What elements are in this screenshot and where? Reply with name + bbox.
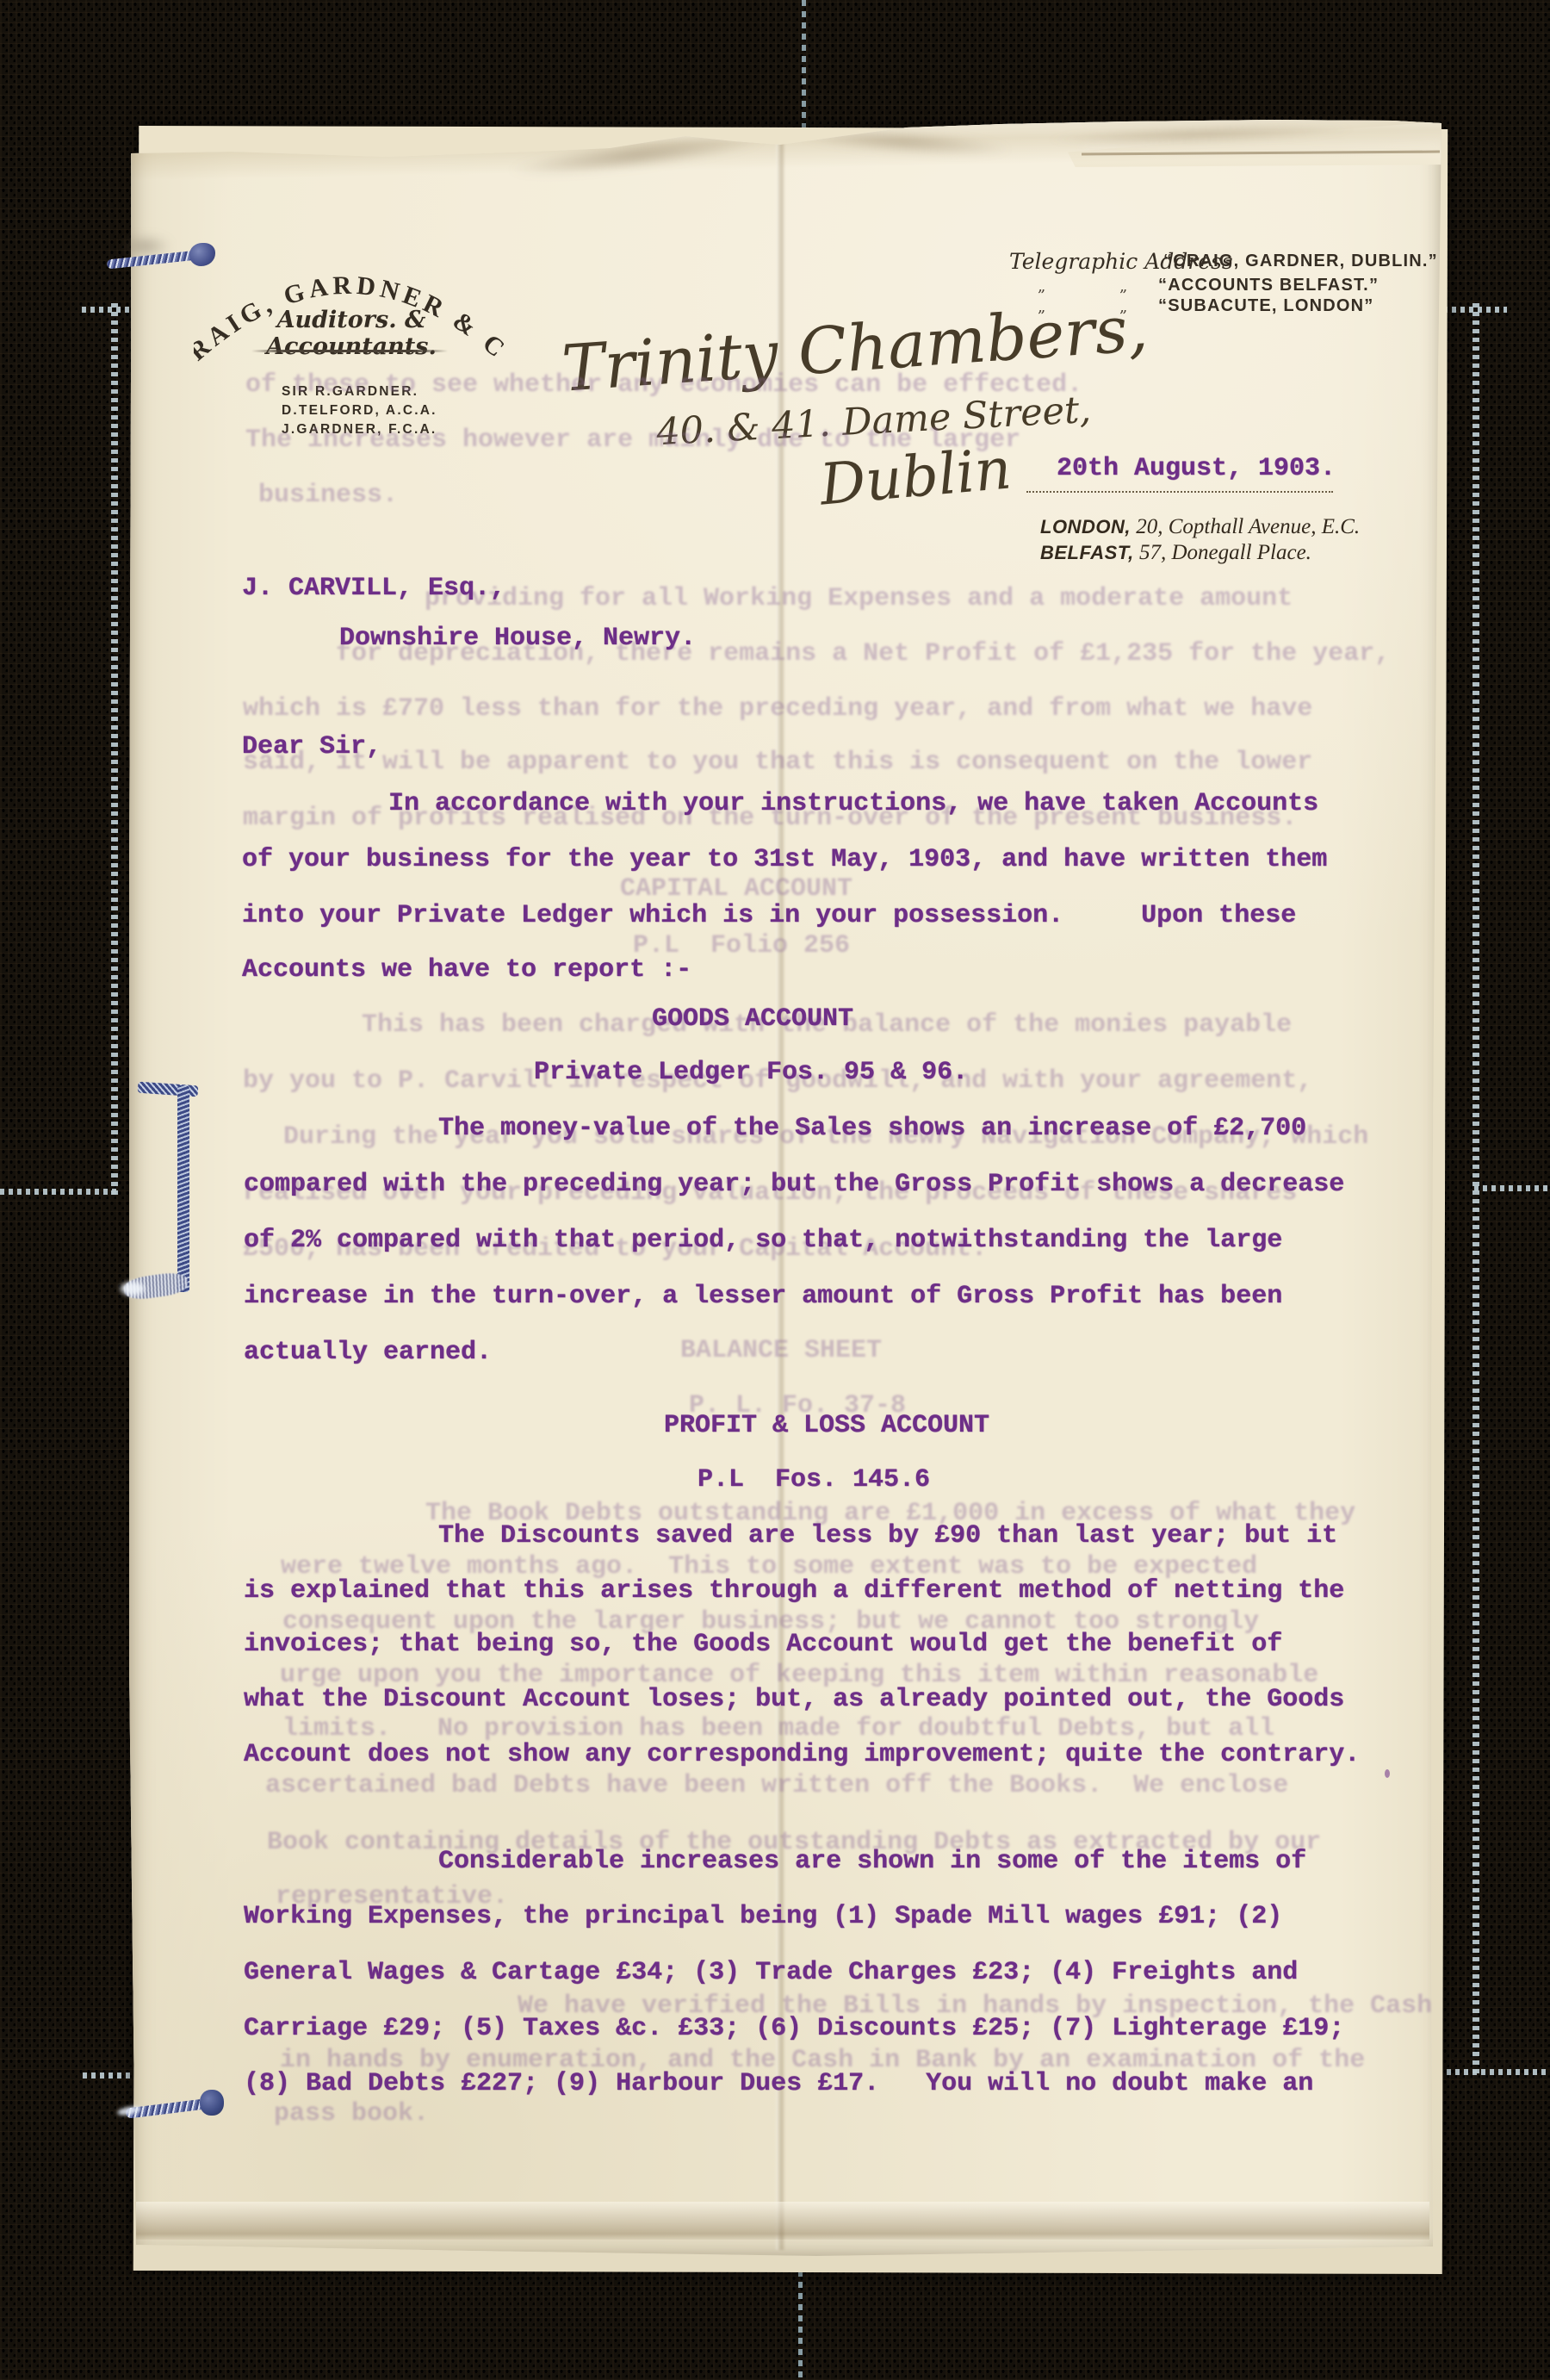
- partners-list: SIR R.GARDNER.D.TELFORD, A.C.A.J.GARDNER…: [282, 382, 437, 439]
- ditto-mark: „: [1038, 277, 1045, 295]
- paper-crease-top-right: [1082, 151, 1440, 156]
- thread-knot: [200, 2090, 224, 2116]
- svg-text:CRAIG, GARDNER & CO: CRAIG, GARDNER & CO: [194, 252, 504, 364]
- partner-name: SIR R.GARDNER.: [282, 382, 437, 401]
- thread-knot: [189, 243, 215, 266]
- letter-date: 20th August, 1903.: [1057, 454, 1336, 483]
- firm-name-arc: CRAIG, GARDNER & CO: [194, 252, 504, 364]
- date-dotted-rule: [1026, 491, 1333, 493]
- thread-cord: [177, 1085, 189, 1292]
- telegraphic-entry-dublin: “CRAIG, GARDNER, DUBLIN.”: [1163, 252, 1438, 271]
- stitch-line-center-top: [802, 0, 806, 129]
- paper-fold-flap: [1068, 117, 1441, 167]
- thread-tuft: [121, 1282, 145, 1296]
- branch-city: BELFAST,: [1040, 542, 1134, 563]
- firm-name-text: CRAIG, GARDNER & CO: [194, 252, 504, 364]
- paper-wrinkle: [1016, 117, 1387, 152]
- stitch-line-left-middle: [0, 1189, 121, 1195]
- partner-name: J.GARDNER, F.C.A.: [282, 420, 437, 439]
- binding-thread-middle: [121, 1075, 215, 1325]
- stitch-line-right-middle: [1474, 1185, 1550, 1191]
- photographed-letter-scene: CRAIG, GARDNER & CO Auditors. & Accounta…: [0, 0, 1550, 2380]
- branch-address: 57, Donegall Place.: [1134, 541, 1311, 564]
- branch-address: 20, Copthall Avenue, E.C.: [1131, 515, 1360, 538]
- ink-spot: [1385, 1769, 1390, 1778]
- telegraphic-entry-belfast: “ACCOUNTS BELFAST.”: [1158, 276, 1379, 295]
- branch-office-belfast: BELFAST, 57, Donegall Place.: [1040, 541, 1311, 565]
- stitch-line-right-top-cross: [1443, 307, 1507, 313]
- telegraphic-entry-london: “SUBACUTE, LONDON”: [1158, 296, 1374, 316]
- paper-bottom-fold: [136, 2202, 1429, 2240]
- stitch-line-center-bottom: [798, 2271, 803, 2380]
- partner-name: D.TELFORD, A.C.A.: [282, 401, 437, 420]
- binding-thread-top: [107, 231, 227, 286]
- branch-city: LONDON,: [1040, 516, 1131, 538]
- branch-office-london: LONDON, 20, Copthall Avenue, E.C.: [1040, 515, 1360, 539]
- binding-thread-bottom: [117, 2083, 238, 2138]
- stitch-line-left-vertical: [111, 303, 118, 1199]
